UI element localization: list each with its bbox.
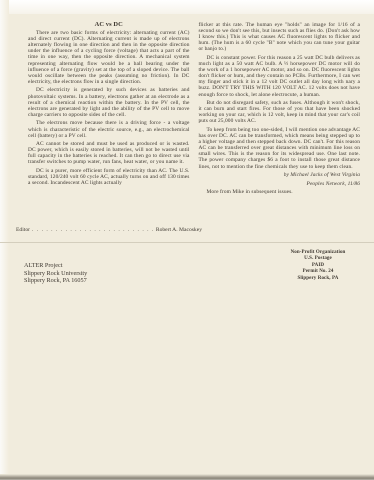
return-address-line: Slippery Rock, PA 16057 bbox=[24, 277, 87, 285]
article-paragraph: flicker at this rate. The human eye "hol… bbox=[199, 22, 361, 52]
article-paragraph: There are two basic forms of electricity… bbox=[28, 30, 190, 85]
return-address-line: Slippery Rock University bbox=[24, 270, 87, 278]
article-paragraph: DC electricity is generated by such devi… bbox=[28, 87, 190, 117]
postage-permit-block: Non-Profit Organization U.S. Postage PAI… bbox=[278, 250, 358, 282]
scan-edge-top bbox=[0, 0, 374, 14]
article-paragraph: DC is constant power. For this reason a … bbox=[199, 55, 361, 98]
article-byline: by Michael Jacks of West Virginia bbox=[199, 172, 361, 178]
return-address-line: ALTER Project bbox=[24, 262, 87, 270]
article-credit: Peoples Network, 11/86 bbox=[199, 181, 361, 187]
article-right-column: flicker at this rate. The human eye "hol… bbox=[199, 22, 361, 198]
article-paragraph: AC cannot be stored and must be used as … bbox=[28, 141, 190, 165]
scanned-newsletter-page: AC vs DC There are two basic forms of el… bbox=[0, 0, 374, 480]
scan-edge-left bbox=[0, 0, 9, 480]
scan-edge-bottom bbox=[0, 474, 374, 480]
article-paragraph: The electrons move because there is a dr… bbox=[28, 120, 190, 138]
fold-line bbox=[0, 242, 374, 243]
article-body: AC vs DC There are two basic forms of el… bbox=[28, 22, 360, 198]
postage-line: Slippery Rock, PA bbox=[278, 276, 358, 282]
editor-label: Editor bbox=[16, 227, 30, 233]
editor-credit-line: Editor . . . . . . . . . . . . . . . . .… bbox=[16, 227, 202, 233]
followup-note: More from Mike in subsequent issues. bbox=[199, 189, 361, 195]
article-paragraph: DC is a purer, more efficient form of el… bbox=[28, 168, 190, 186]
article-paragraph: But do not disregard safety, such as fus… bbox=[199, 100, 361, 124]
article-left-column: AC vs DC There are two basic forms of el… bbox=[28, 22, 190, 198]
editor-dot-leader: . . . . . . . . . . . . . . . . . . . . … bbox=[30, 227, 156, 233]
editor-name: Robert A. Macoskey bbox=[156, 227, 202, 233]
article-paragraph: To keep from being too one-sided, I will… bbox=[199, 127, 361, 170]
article-title: AC vs DC bbox=[28, 22, 190, 28]
return-address-block: ALTER Project Slippery Rock University S… bbox=[24, 262, 87, 285]
